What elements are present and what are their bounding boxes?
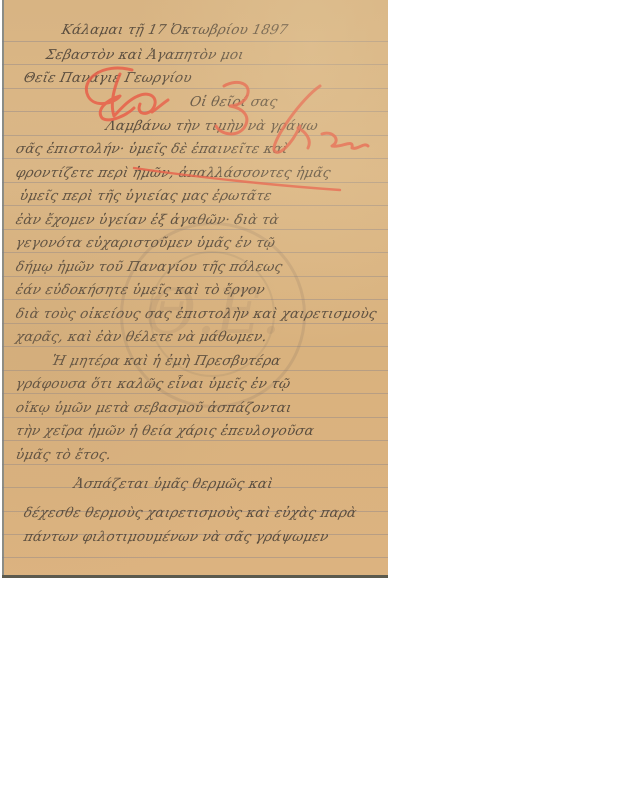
ruled-line <box>2 417 388 418</box>
ruled-line <box>2 182 388 183</box>
letter-line-salutation: Οἱ θεῖοί σας <box>188 94 279 110</box>
ruled-line <box>2 440 388 441</box>
ruled-line <box>2 205 388 206</box>
ruled-line <box>2 64 388 65</box>
letter-line: ἐάν εὐδοκήσητε ὑμεῖς καὶ τὸ ἔργον <box>14 282 266 298</box>
letter-line: σᾶς ἐπιστολήν· ὑμεῖς δὲ ἐπαινεῖτε καὶ <box>14 141 289 157</box>
letter-line: Ἀσπάζεται ὑμᾶς θερμῶς καὶ <box>72 476 274 492</box>
letter-line: ἐὰν ἔχομεν ὑγείαν ἐξ ἀγαθῶν· διὰ τὰ <box>14 212 280 228</box>
letter-line: οἴκῳ ὑμῶν μετὰ σεβασμοῦ ἀσπάζονται <box>14 400 293 416</box>
letter-line: γεγονότα εὐχαριστοῦμεν ὑμᾶς ἐν τῷ <box>14 235 276 251</box>
ruled-line <box>2 464 388 465</box>
letter-line: Λαμβάνω τὴν τιμὴν νὰ γράψω <box>104 118 319 134</box>
letter-line: χαρᾶς, καὶ ἐὰν θέλετε νὰ μάθωμεν. <box>14 329 268 345</box>
ruled-line <box>2 158 388 159</box>
letter-line: πάντων φιλοτιμουμένων νὰ σᾶς γράψωμεν <box>22 529 330 545</box>
letter-line: δήμῳ ἡμῶν τοῦ Παναγίου τῆς πόλεως <box>14 259 284 275</box>
letter-line: δέχεσθε θερμοὺς χαιρετισμοὺς καὶ εὐχὰς π… <box>22 505 358 521</box>
letter-line: διὰ τοὺς οἰκείους σας ἐπιστολὴν καὶ χαιρ… <box>14 306 378 322</box>
letter-line: ὑμεῖς περὶ τῆς ὑγιείας μας ἐρωτᾶτε <box>18 188 273 204</box>
letter-line: φροντίζετε περὶ ἡμῶν, ἀπαλλάσσοντες ἡμᾶς <box>14 165 332 181</box>
letter-line-date: Κάλαμαι τῇ 17 Ὀκτωβρίου 1897 <box>60 22 289 38</box>
letter-line: Ἡ μητέρα καὶ ἡ ἐμὴ Πρεσβυτέρα <box>50 353 282 369</box>
letter-line: τὴν χεῖρα ἡμῶν ἡ θεία χάρις ἐπευλογοῦσα <box>14 423 316 439</box>
letter-line: γράφουσα ὅτι καλῶς εἶναι ὑμεῖς ἐν τῷ <box>14 376 292 392</box>
letter-line: ὑμᾶς τὸ ἔτος. <box>14 447 113 463</box>
letter-line: Σεβαστὸν καὶ Ἀγαπητὸν μοι <box>44 47 245 63</box>
ruled-line <box>2 111 388 112</box>
ruled-line <box>2 557 388 558</box>
letter-page: Θ.Ε. Κάλαμαι τῇ 17 Ὀκτωβρίου 1897 Σεβαστ… <box>2 0 388 578</box>
letter-line: Θεῖε Πανάγιε Γεωργίου <box>22 70 193 86</box>
ruled-line <box>2 135 388 136</box>
ruled-line <box>2 88 388 89</box>
ruled-line <box>2 41 388 42</box>
